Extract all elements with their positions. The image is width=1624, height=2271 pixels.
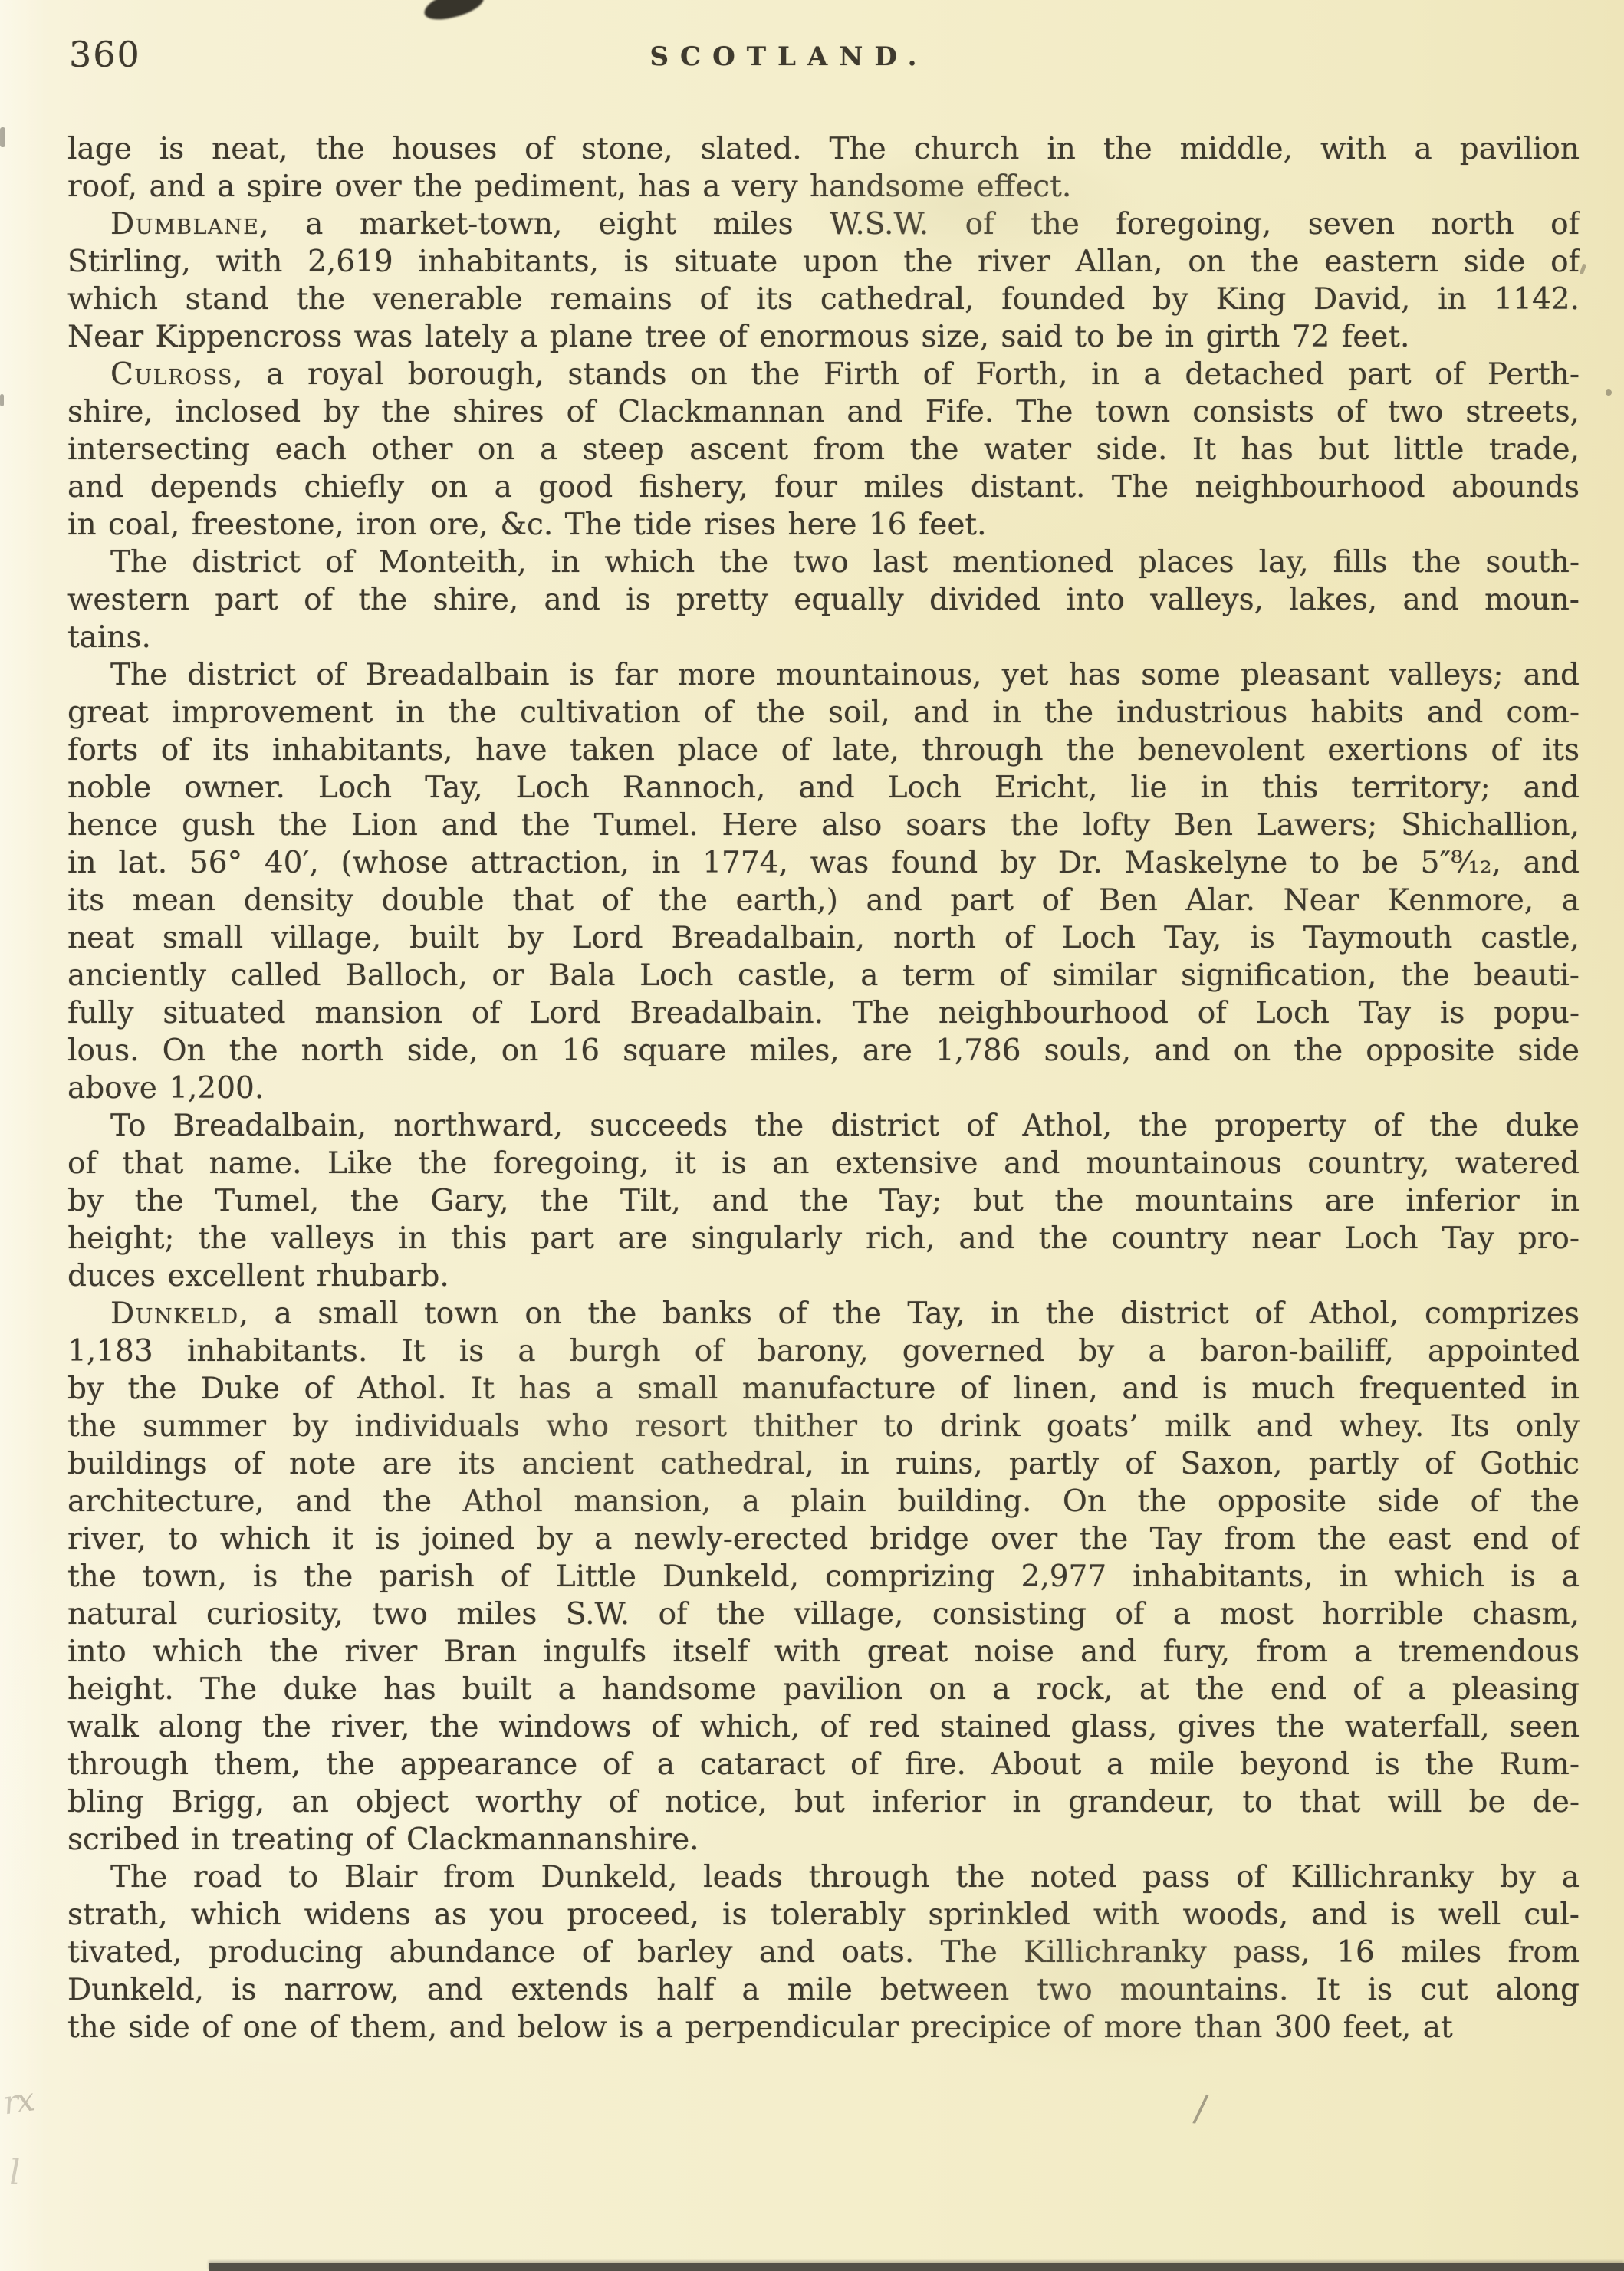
- text-line: scribed in treating of Clackmannanshire.: [67, 1821, 1580, 1859]
- text-line: and depends chiefly on a good fishery, f…: [67, 468, 1580, 506]
- page-body: lage is neat, the houses of stone, slate…: [67, 130, 1580, 2046]
- text-line: in lat. 56° 40′, (whose attraction, in 1…: [67, 844, 1580, 882]
- text-line: in coal, freestone, iron ore, &c. The ti…: [67, 506, 1580, 544]
- text-line: roof, and a spire over the pediment, has…: [67, 168, 1580, 205]
- text-line: noble owner. Loch Tay, Loch Rannoch, and…: [67, 769, 1580, 807]
- text-line: river, to which it is joined by a newly-…: [67, 1520, 1580, 1558]
- text-line: Near Kippencross was lately a plane tree…: [67, 318, 1580, 356]
- scan-speck: [1606, 389, 1612, 396]
- text-line: architecture, and the Athol mansion, a p…: [67, 1483, 1580, 1520]
- scan-speck: [0, 394, 4, 406]
- text-line: western part of the shire, and is pretty…: [67, 581, 1580, 619]
- pencil-mark: l: [9, 2151, 21, 2193]
- text-line: the summer by individuals who resort thi…: [67, 1408, 1580, 1445]
- text-line: shire, inclosed by the shires of Clackma…: [67, 393, 1580, 431]
- text-line: tivated, producing abundance of barley a…: [67, 1934, 1580, 1971]
- text-line: duces excellent rhubarb.: [67, 1257, 1580, 1295]
- text-line: which stand the venerable remains of its…: [67, 281, 1580, 318]
- scan-speck: [0, 127, 5, 147]
- text-line: Culross, a royal borough, stands on the …: [67, 356, 1580, 393]
- text-line: Dunkeld, is narrow, and extends half a m…: [67, 1971, 1580, 2009]
- text-line: buildings of note are its ancient cathed…: [67, 1445, 1580, 1483]
- text-line: forts of its inhabitants, have taken pla…: [67, 731, 1580, 769]
- text-line: strath, which widens as you proceed, is …: [67, 1896, 1580, 1934]
- text-line: The road to Blair from Dunkeld, leads th…: [67, 1859, 1580, 1896]
- text-line: by the Duke of Athol. It has a small man…: [67, 1370, 1580, 1408]
- text-line: hence gush the Lion and the Tumel. Here …: [67, 807, 1580, 844]
- text-line: the town, is the parish of Little Dunkel…: [67, 1558, 1580, 1596]
- text-line: The district of Breadalbain is far more …: [67, 656, 1580, 694]
- text-line: by the Tumel, the Gary, the Tilt, and th…: [67, 1182, 1580, 1220]
- scan-edge: [209, 2263, 1624, 2271]
- text-line: height. The duke has built a handsome pa…: [67, 1671, 1580, 1708]
- text-line: Dumblane, a market-town, eight miles W.S…: [67, 205, 1580, 243]
- text-line: bling Brigg, an object worthy of notice,…: [67, 1783, 1580, 1821]
- text-line: the side of one of them, and below is a …: [67, 2009, 1580, 2046]
- text-line: into which the river Bran ingulfs itself…: [67, 1633, 1580, 1671]
- text-line: To Breadalbain, northward, succeeds the …: [67, 1107, 1580, 1145]
- text-line: 1,183 inhabitants. It is a burgh of baro…: [67, 1333, 1580, 1370]
- text-line: intersecting each other on a steep ascen…: [67, 431, 1580, 468]
- text-line: lage is neat, the houses of stone, slate…: [67, 130, 1580, 168]
- text-line: great improvement in the cultivation of …: [67, 694, 1580, 731]
- text-line: natural curiosity, two miles S.W. of the…: [67, 1596, 1580, 1633]
- text-line: through them, the appearance of a catara…: [67, 1746, 1580, 1783]
- text-line: lous. On the north side, on 16 square mi…: [67, 1032, 1580, 1070]
- pencil-mark: rx: [1, 2081, 35, 2122]
- text-line: Dunkeld, a small town on the banks of th…: [67, 1295, 1580, 1333]
- text-line: tains.: [67, 619, 1580, 656]
- text-line: above 1,200.: [67, 1070, 1580, 1107]
- book-page-scan: 360 SCOTLAND. lage is neat, the houses o…: [0, 0, 1624, 2271]
- text-line: height; the valleys in this part are sin…: [67, 1220, 1580, 1257]
- text-line: walk along the river, the windows of whi…: [67, 1708, 1580, 1746]
- text-line: anciently called Balloch, or Bala Loch c…: [67, 957, 1580, 994]
- text-line: Stirling, with 2,619 inhabitants, is sit…: [67, 243, 1580, 281]
- text-line: The district of Monteith, in which the t…: [67, 544, 1580, 581]
- text-line: of that name. Like the foregoing, it is …: [67, 1145, 1580, 1182]
- text-line: its mean density double that of the eart…: [67, 882, 1580, 919]
- stray-slash-mark: /: [1192, 2086, 1210, 2131]
- scan-speck: [1580, 264, 1586, 275]
- text-line: fully situated mansion of Lord Breadalba…: [67, 994, 1580, 1032]
- text-line: neat small village, built by Lord Breada…: [67, 919, 1580, 957]
- running-title: SCOTLAND.: [0, 41, 1578, 72]
- page-header: 360 SCOTLAND.: [0, 0, 1624, 107]
